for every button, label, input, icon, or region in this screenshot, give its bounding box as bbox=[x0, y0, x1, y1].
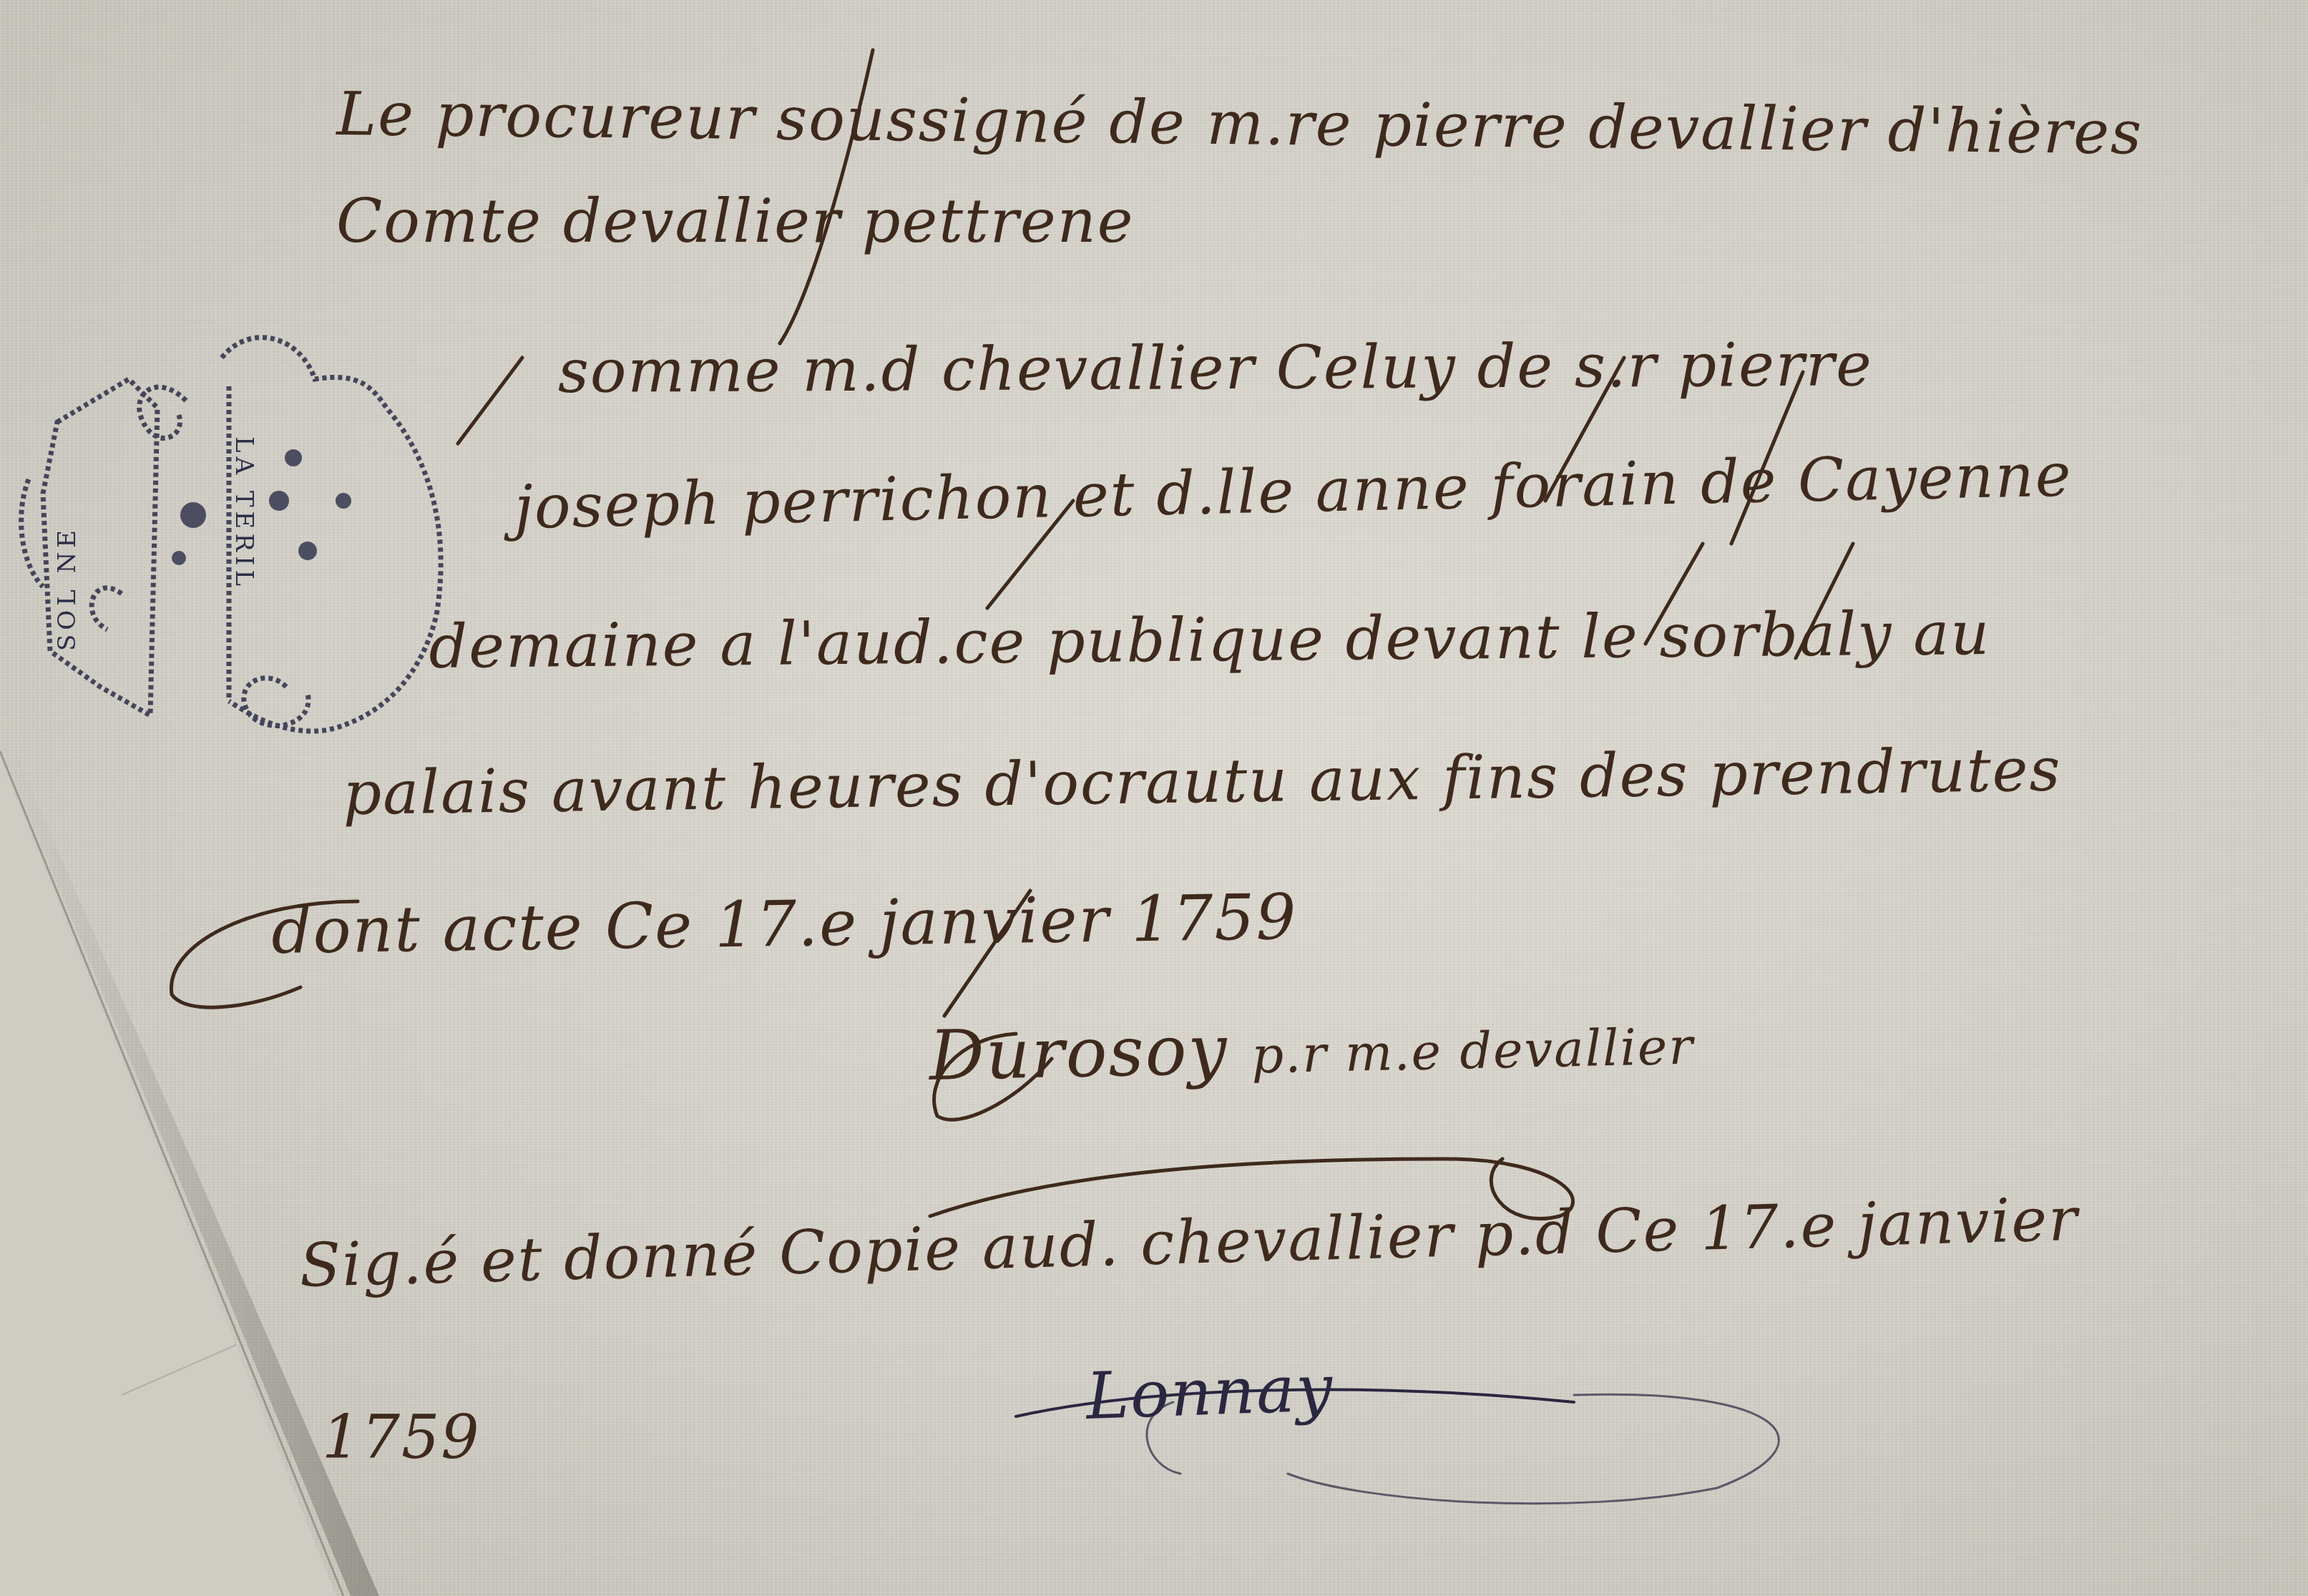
stamp-right-text: LA TERIL bbox=[230, 436, 258, 590]
fiscal-stamp: SOL NE LA TERIL bbox=[14, 315, 458, 758]
text-line-2: Comte devallier pettrene bbox=[336, 186, 1135, 256]
stamp-left-text: SOL NE bbox=[53, 526, 82, 651]
signature-durosoy: Durosoy p.r m.e devallier bbox=[929, 1000, 1695, 1096]
text-line-4: joseph perrichon et d.lle anne forain de… bbox=[514, 439, 2073, 542]
closing-line: Sig.é et donné Copie aud. chevallier p.d… bbox=[298, 1184, 2079, 1301]
signature-lonnay: Lonnay bbox=[1085, 1351, 1335, 1434]
text-line-date: dont acte Ce 17.e janvier 1759 bbox=[271, 880, 1299, 968]
text-line-5: demaine a l'aud.ce publique devant le so… bbox=[429, 598, 1991, 682]
text-line-6: palais avant heures d'ocrautu aux fins d… bbox=[343, 734, 2062, 828]
text-line-3: somme m.d chevallier Celuy de s.r pierre bbox=[557, 329, 1873, 406]
signature-suffix: p.r m.e devallier bbox=[1251, 1017, 1694, 1085]
signature-name: Durosoy bbox=[929, 1009, 1229, 1096]
closing-year: 1759 bbox=[322, 1402, 481, 1472]
text-line-1: Le procureur soussigné de m.re pierre de… bbox=[336, 79, 2143, 167]
manuscript-page: SOL NE LA TERIL Le procureur souss bbox=[0, 0, 2308, 1596]
